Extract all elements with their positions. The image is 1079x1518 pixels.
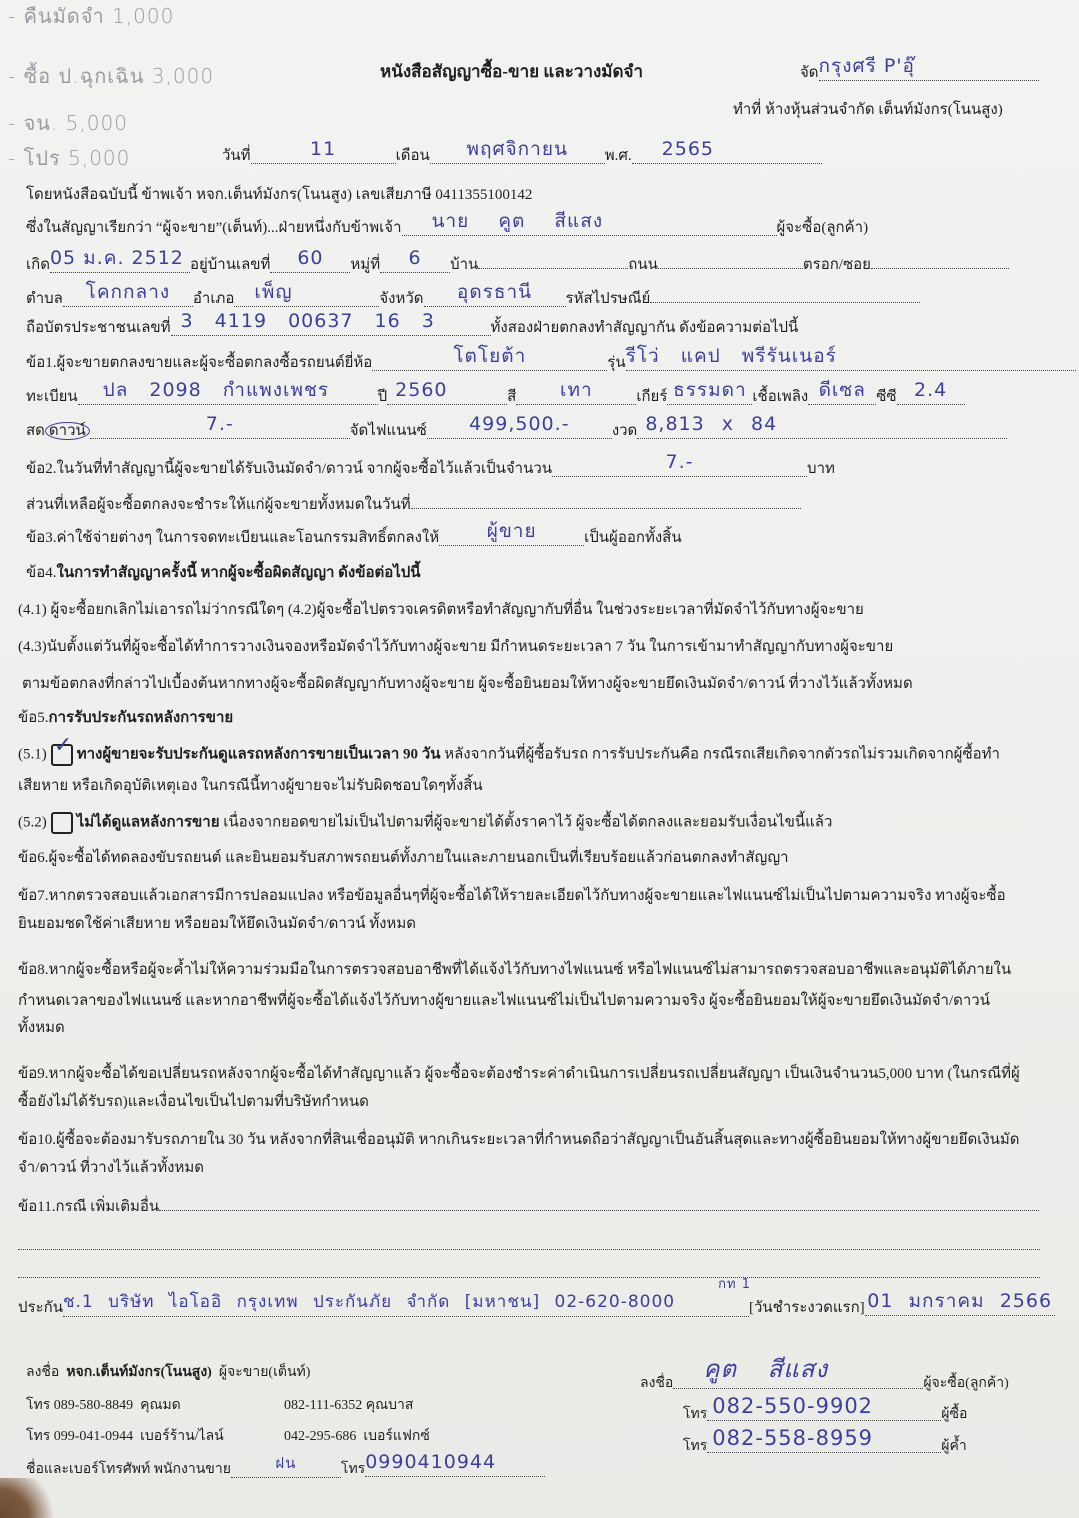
additional-terms-line[interactable] <box>18 1276 1040 1278</box>
address-line: เกิด05 ม.ค. 2512อยู่บ้านเลขที่60หมู่ที่6… <box>26 250 1009 275</box>
place-text: ทำที่ ห้างหุ้นส่วนจำกัด เต็นท์มังกร(โนนส… <box>733 100 1003 120</box>
installment-field[interactable]: 8,813 x 84 <box>637 420 1007 439</box>
seller-contact: โทร 099-041-0944 เบอร์ร้าน/ไลน์ <box>26 1427 224 1447</box>
first-payment-date-field[interactable]: 01 มกราคม 2566 <box>865 1297 1055 1316</box>
clause10-text: จำ/ดาวน์ ที่วางไว้แล้วทั้งหมด <box>18 1158 204 1178</box>
clause1-line3: สดดาวน์7.-จัดไฟแนนซ์499,500.-งวด8,813 x … <box>26 420 1007 441</box>
id-card-field[interactable]: 3 4119 00637 16 3 <box>171 317 491 336</box>
month-field[interactable]: พฤศจิกายน <box>430 145 605 164</box>
clause10-text: ข้อ10.ผู้ซื้อจะต้องมารับรถภายใน 30 วัน ห… <box>18 1130 1020 1150</box>
down-payment-field[interactable]: 7.- <box>90 420 350 439</box>
clause2-line1: ข้อ2.ในวันที่ทำสัญญานี้ผู้จะขายได้รับเงิ… <box>26 458 835 479</box>
remaining-date-field[interactable] <box>411 490 801 509</box>
district-line: ตำบลโคกกลางอำเภอเพ็ญจังหวัดอุดรธานีรหัสไ… <box>26 284 920 309</box>
guarantor-phone-field[interactable]: 082-558-8959 <box>707 1434 941 1453</box>
subdistrict-field[interactable]: โคกกลาง <box>63 288 193 307</box>
clause6-text: ข้อ6.ผู้จะซื้อได้ทดลองขับรถยนต์ และยินยอ… <box>18 848 789 868</box>
model-field[interactable]: รีโว่ แคป พรีรันเนอร์ <box>626 352 1076 371</box>
buyer-name-field[interactable]: นาย คูต สีแสง <box>402 217 777 236</box>
no-warranty-checkbox[interactable] <box>51 812 73 834</box>
table-edge-shadow <box>0 1478 60 1518</box>
brand-field[interactable]: โตโยต้า <box>372 352 607 371</box>
additional-terms-line[interactable] <box>18 1248 1040 1250</box>
road-field[interactable] <box>658 250 803 269</box>
down-payment-circled-label: ดาวน์ <box>45 422 90 440</box>
moo-field[interactable]: 6 <box>380 254 450 273</box>
clause5-heading: ข้อ5.การรับประกันรถหลังการขาย <box>18 708 233 728</box>
clause7-text: ยินยอมชดใช้ค่าเสียหาย หรือยอมให้ยึดเงินม… <box>18 914 416 934</box>
finance-amount-field[interactable]: 499,500.- <box>427 420 612 439</box>
clause9-text: ซื้อยังไม่ได้รับรถ)และเงื่อนไขเป็นไปตามท… <box>18 1092 369 1112</box>
clause4-text: (4.1) ผู้จะซื้อยกเลิกไม่เอารถไม่ว่ากรณีใ… <box>18 600 864 620</box>
clause4-text: (4.3)นับตั้งแต่วันที่ผู้จะซื้อได้ทำการวา… <box>18 637 893 657</box>
car-year-field[interactable]: 2560 <box>387 386 507 405</box>
salesperson-line: ชื่อและเบอร์โทรศัพท์ พนักงานขายฝนโทร0990… <box>26 1458 545 1480</box>
clause8-text: ข้อ8.หากผู้จะซื้อหรือผู้จะค้ำไม่ให้ความร… <box>18 960 1011 980</box>
clause5-option2: (5.2)ไม่ได้ดูแลหลังการขาย เนื่องจากยอดขา… <box>18 812 832 834</box>
clause11-line: ข้อ11.กรณี เพิ่มเติมอื่น <box>18 1192 1039 1217</box>
district-field[interactable]: เพ็ญ <box>234 288 379 307</box>
seller-contact: โทร 089-580-8849 คุณมด <box>26 1396 181 1416</box>
gear-field[interactable]: ธรรมดา <box>667 386 752 405</box>
margin-note: - ซื้อ ป.ฉุกเฉิน 3,000 <box>8 66 214 86</box>
arranged-by: จัดกรุงศรี P'อุ๊ <box>800 62 1039 83</box>
seller-contact: 042-295-686 เบอร์แฟกซ์ <box>284 1427 430 1447</box>
village-field[interactable] <box>478 250 628 269</box>
cc-field[interactable]: 2.4 <box>897 386 965 405</box>
soi-field[interactable] <box>871 250 1009 269</box>
clause1-line2: ทะเบียนปล 2098 กำแพงเพชรปี2560สีเทาเกียร… <box>26 386 965 407</box>
guarantor-phone-line: โทร082-558-8959ผู้ค้ำ <box>683 1434 967 1457</box>
seller-signature-line: ลงชื่อ หจก.เต็นท์มังกร(โนนสูง) ผู้จะขาย(… <box>26 1363 310 1383</box>
margin-note: - คืนมัดจำ 1,000 <box>8 6 174 26</box>
clause8-text: กำหนดเวลาของไฟแนนซ์ และหากอาชีพที่ผู้จะซ… <box>18 991 990 1011</box>
province-field[interactable]: อุดรธานี <box>424 288 566 307</box>
color-field[interactable]: เทา <box>516 386 636 405</box>
clause8-text: ทั้งหมด <box>18 1018 65 1038</box>
buyer-phone-field[interactable]: 082-550-9902 <box>707 1402 941 1421</box>
check-icon: ✓ <box>54 736 72 756</box>
insurance-note: กท 1 <box>718 1276 751 1294</box>
clause1-line1: ข้อ1.ผู้จะขายตกลงขายและผู้จะซื้อตกลงซื้อ… <box>26 352 1076 373</box>
arranged-by-field[interactable]: กรุงศรี P'อุ๊ <box>819 62 1039 81</box>
clause7-text: ข้อ7.หากตรวจสอบแล้วเอกสารมีการปลอมแปลง ห… <box>18 886 1006 906</box>
margin-note: - โปร 5,000 <box>8 148 130 168</box>
margin-note: - จน. 5,000 <box>8 113 128 133</box>
buyer-signature-line: ลงชื่อคูต สีแสงผู้จะซื้อ(ลูกค้า) <box>640 1370 1009 1394</box>
insurance-line: ประกันช.1 บริษัท ไอโออิ กรุงเทพ ประกันภั… <box>18 1297 1055 1318</box>
id-line: ถือบัตรประชาชนเลขที่3 4119 00637 16 3ทั้… <box>26 317 798 338</box>
fuel-field[interactable]: ดีเซล <box>808 386 876 405</box>
contract-page: - คืนมัดจำ 1,000 - ซื้อ ป.ฉุกเฉิน 3,000 … <box>0 0 1079 1518</box>
intro-text: โดยหนังสือฉบับนี้ ข้าพเจ้า หจก.เต็นท์มัง… <box>26 185 532 205</box>
clause2-line2: ส่วนที่เหลือผู้จะซื้อตกลงจะชำระให้แก่ผู้… <box>26 490 801 515</box>
postcode-field[interactable] <box>650 284 920 303</box>
document-title: หนังสือสัญญาซื้อ-ขาย และวางมัดจำ <box>380 62 643 82</box>
clause4-text: ตามข้อตกลงที่กล่าวไปเบื้องต้นหากทางผู้จะ… <box>22 674 913 694</box>
insurance-field[interactable]: ช.1 บริษัท ไอโออิ กรุงเทพ ประกันภัย จำกั… <box>63 1298 749 1317</box>
warranty-90-days-checkbox[interactable]: ✓ <box>51 744 73 766</box>
clause5-text: เสียหาย หรือเกิดอุบัติเหตุเอง ในกรณีนี้ท… <box>18 776 483 796</box>
clause3-line: ข้อ3.ค่าใช้จ่ายต่างๆ ในการจดทะเบียนและโอ… <box>26 527 682 548</box>
seller-contact: 082-111-6352 คุณบาส <box>284 1396 413 1416</box>
day-field[interactable]: 11 <box>251 145 396 164</box>
clause9-text: ข้อ9.หากผู้จะซื้อได้ขอเปลี่ยนรถหลังจากผู… <box>18 1064 1020 1084</box>
house-no-field[interactable]: 60 <box>270 254 350 273</box>
date-line: วันที่11เดือนพฤศจิกายนพ.ศ.2565 <box>222 145 822 166</box>
buyer-signature-field[interactable]: คูต สีแสง <box>673 1370 923 1389</box>
clause4-heading: ข้อ4.ในการทำสัญญาครั้งนี้ หากผู้จะซื้อผิ… <box>26 563 421 583</box>
fee-payer-field[interactable]: ผู้ขาย <box>439 527 584 546</box>
birth-date-field[interactable]: 05 ม.ค. 2512 <box>50 254 190 273</box>
salesperson-name-field[interactable]: ฝน <box>231 1459 341 1478</box>
plate-field[interactable]: ปล 2098 กำแพงเพชร <box>78 386 378 405</box>
clause5-option1: (5.1)✓ทางผู้ขายจะรับประกันดูแลรถหลังการข… <box>18 744 1000 766</box>
buyer-line: ซึ่งในสัญญาเรียกว่า “ผู้จะขาย”(เต็นท์)..… <box>26 217 868 238</box>
deposit-amount-field[interactable]: 7.- <box>552 458 807 477</box>
buyer-phone-line: โทร082-550-9902ผู้ซื้อ <box>683 1402 967 1425</box>
salesperson-phone-field[interactable]: 0990410944 <box>365 1458 545 1477</box>
year-field[interactable]: 2565 <box>632 145 822 164</box>
additional-terms-field[interactable] <box>159 1192 1039 1211</box>
